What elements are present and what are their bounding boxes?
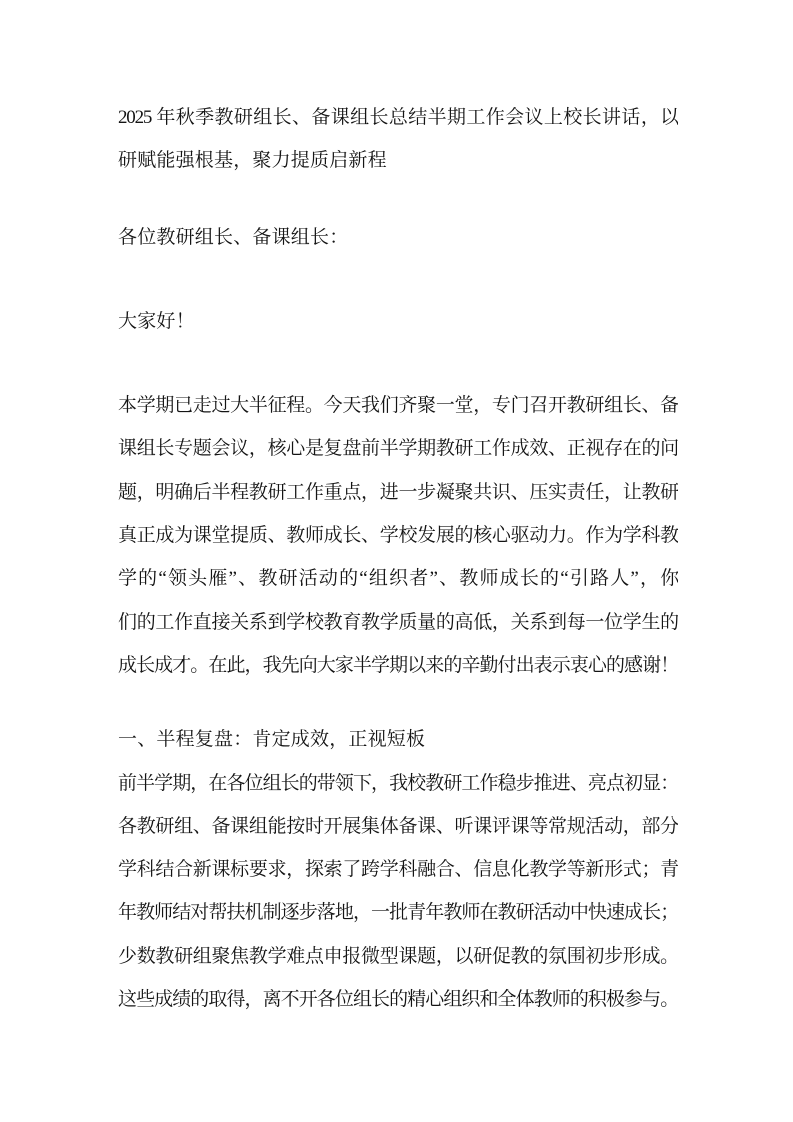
section-1-line-2: 各教研组、备课组能按时开展集体备课、听课评课等常规活动，部分 [118, 805, 678, 848]
document-content: 2025 年秋季教研组长、备课组长总结半期工作会议上校长讲话，以 研赋能强根基，… [118, 96, 678, 1021]
title-line-2: 研赋能强根基，聚力提质启新程 [118, 139, 678, 182]
intro-line-2: 课组长专题会议，核心是复盘前半学期教研工作成效、正视存在的问 [118, 427, 678, 470]
greeting-text: 大家好！ [118, 300, 678, 343]
section-1-heading-block: 一、半程复盘：肯定成效，正视短板 [118, 718, 678, 761]
title-line-1: 2025 年秋季教研组长、备课组长总结半期工作会议上校长讲话，以 [118, 96, 678, 139]
intro-paragraph: 本学期已走过大半征程。今天我们齐聚一堂，专门召开教研组长、备 课组长专题会议，核… [118, 384, 678, 687]
intro-line-7: 成长成才。在此，我先向大家半学期以来的辛勤付出表示衷心的感谢！ [118, 644, 678, 687]
section-1-line-6: 这些成绩的取得，离不开各位组长的精心组织和全体教师的积极参与。 [118, 978, 678, 1021]
intro-line-5: 学的“领头雁”、教研活动的“组织者”、教师成长的“引路人”，你 [118, 557, 678, 600]
document-page: 2025 年秋季教研组长、备课组长总结半期工作会议上校长讲话，以 研赋能强根基，… [0, 0, 793, 1122]
section-1-heading: 一、半程复盘：肯定成效，正视短板 [118, 718, 678, 761]
section-1-line-4: 年教师结对帮扶机制逐步落地，一批青年教师在教研活动中快速成长； [118, 891, 678, 934]
section-1-line-1: 前半学期，在各位组长的带领下，我校教研工作稳步推进、亮点初显： [118, 762, 678, 805]
intro-line-4: 真正成为课堂提质、教师成长、学校发展的核心驱动力。作为学科教 [118, 514, 678, 557]
salutation-text: 各位教研组长、备课组长： [118, 216, 678, 259]
intro-line-1: 本学期已走过大半征程。今天我们齐聚一堂，专门召开教研组长、备 [118, 384, 678, 427]
greeting-block: 大家好！ [118, 300, 678, 343]
intro-line-3: 题，明确后半程教研工作重点，进一步凝聚共识、压实责任，让教研 [118, 471, 678, 514]
salutation-block: 各位教研组长、备课组长： [118, 216, 678, 259]
section-1-line-3: 学科结合新课标要求，探索了跨学科融合、信息化教学等新形式；青 [118, 848, 678, 891]
section-1-line-5: 少数教研组聚焦教学难点申报微型课题，以研促教的氛围初步形成。 [118, 935, 678, 978]
document-title: 2025 年秋季教研组长、备课组长总结半期工作会议上校长讲话，以 研赋能强根基，… [118, 96, 678, 183]
intro-line-6: 们的工作直接关系到学校教育教学质量的高低，关系到每一位学生的 [118, 601, 678, 644]
section-1-paragraph: 前半学期，在各位组长的带领下，我校教研工作稳步推进、亮点初显： 各教研组、备课组… [118, 762, 678, 1022]
